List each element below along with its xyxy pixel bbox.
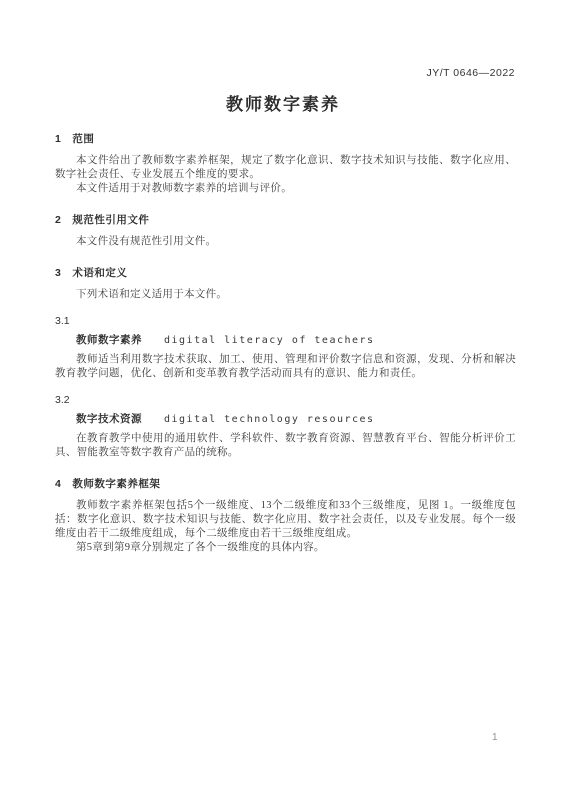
paragraph: 本文件适用于对教师数字素养的培训与评价。 [55, 182, 516, 196]
term-definition: 教师适当利用数字技术获取、加工、使用、管理和评价数字信息和资源，发现、分析和解决… [55, 353, 516, 381]
paragraph: 教师数字素养框架包括5个一级维度、13个二级维度和33个三级维度，见图 1。一级… [55, 499, 516, 541]
doc-title: 教师数字素养 [0, 95, 566, 115]
document-page: JY/T 0646—2022 教师数字素养 1范围 本文件给出了教师数字素养框架… [0, 0, 566, 800]
section-number: 3 [55, 266, 61, 280]
term-definition: 在教育教学中使用的通用软件、学科软件、数字教育资源、智慧教育平台、智能分析评价工… [55, 432, 516, 460]
section-scope: 1范围 本文件给出了教师数字素养框架，规定了数字化意识、数字技术知识与技能、数字… [55, 132, 516, 196]
section-heading-text: 规范性引用文件 [72, 214, 149, 226]
term-entry: 3.2 数字技术资源digital technology resources 在… [55, 393, 516, 460]
term-title-line: 数字技术资源digital technology resources [55, 412, 516, 427]
paragraph: 本文件给出了教师数字素养框架，规定了数字化意识、数字技术知识与技能、数字化应用、… [55, 154, 516, 182]
term-en: digital technology resources [164, 414, 375, 425]
term-zh: 教师数字素养 [76, 334, 142, 346]
section-terms-definitions: 3术语和定义 下列术语和定义适用于本文件。 3.1 教师数字素养digital … [55, 266, 516, 460]
section-heading: 4教师数字素养框架 [55, 477, 516, 491]
section-number: 1 [55, 132, 61, 146]
paragraph: 第5章到第9章分别规定了各个一级维度的具体内容。 [55, 541, 516, 555]
term-entry: 3.1 教师数字素养digital literacy of teachers 教… [55, 314, 516, 381]
section-heading-text: 教师数字素养框架 [72, 478, 160, 490]
paragraph: 下列术语和定义适用于本文件。 [55, 288, 516, 302]
term-number: 3.1 [55, 314, 516, 328]
section-heading-text: 范围 [72, 133, 94, 145]
term-en: digital literacy of teachers [164, 335, 375, 346]
section-framework: 4教师数字素养框架 教师数字素养框架包括5个一级维度、13个二级维度和33个三级… [55, 477, 516, 555]
doc-code: JY/T 0646—2022 [0, 0, 566, 80]
section-heading: 2规范性引用文件 [55, 213, 516, 227]
section-number: 4 [55, 477, 61, 491]
page-number: 1 [492, 731, 498, 745]
term-zh: 数字技术资源 [76, 413, 142, 425]
section-heading: 3术语和定义 [55, 266, 516, 280]
section-normative-references: 2规范性引用文件 本文件没有规范性引用文件。 [55, 213, 516, 249]
section-heading: 1范围 [55, 132, 516, 146]
document-content: 1范围 本文件给出了教师数字素养框架，规定了数字化意识、数字技术知识与技能、数字… [0, 132, 566, 555]
section-number: 2 [55, 213, 61, 227]
paragraph: 本文件没有规范性引用文件。 [55, 235, 516, 249]
term-number: 3.2 [55, 393, 516, 407]
section-heading-text: 术语和定义 [72, 267, 127, 279]
term-title-line: 教师数字素养digital literacy of teachers [55, 333, 516, 348]
